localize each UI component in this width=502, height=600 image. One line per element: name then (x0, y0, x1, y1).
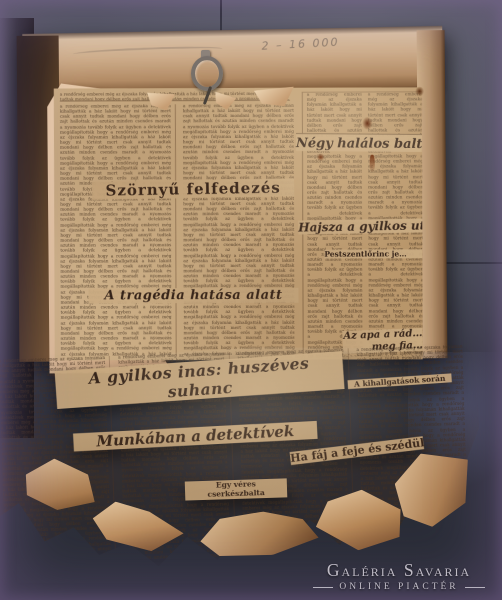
headline-hajsza-a-gyilkos-utan: Hajsza a gyilkos után (298, 218, 422, 234)
handwritten-price: 2 – 16 000 (262, 36, 341, 53)
watermark: Galéria Savaria Online piactér (304, 560, 494, 592)
subheadline-egy-veres: Egy véres cserkészbalta (185, 478, 288, 500)
photo-frame-back-scene: 2 – 16 000 a rendőrség emberei még az éj… (0, 0, 502, 600)
watermark-subtitle: Online piactér (339, 582, 458, 592)
hanging-ring (191, 56, 223, 91)
subheadline-pestszentlorinc: Pestszentlőrinc je… (324, 249, 422, 258)
headline-tragedia-hatasa-alatt: A tragédia hatása alatt (88, 288, 298, 304)
headline-szornyu-felfedezes: Szörnyű felfedezés (92, 178, 294, 200)
ink-stain (317, 153, 325, 161)
newspaper-column: a rendőrség emberei még az éjszaka folya… (60, 104, 177, 356)
newspaper-column: a rendőrség emberei még az éjszaka folya… (183, 104, 295, 356)
watermark-rule-right (465, 587, 485, 588)
wall-table-edge (438, 262, 502, 264)
watermark-subtitle-row: Online piactér (304, 582, 494, 592)
headline-negy-halalos-baltacsapas: Négy halálos baltacsapás (296, 133, 422, 152)
ink-stain (415, 86, 424, 96)
picture-frame-back: 2 – 16 000 a rendőrség emberei még az éj… (17, 28, 444, 362)
ink-stain (362, 117, 372, 130)
watermark-rule-left (313, 587, 333, 588)
ink-drip-stain (370, 155, 375, 172)
newspaper-left-page-columns: a rendőrség emberei még az éjszaka folya… (60, 104, 295, 357)
watermark-title: Galéria Savaria (304, 560, 494, 581)
